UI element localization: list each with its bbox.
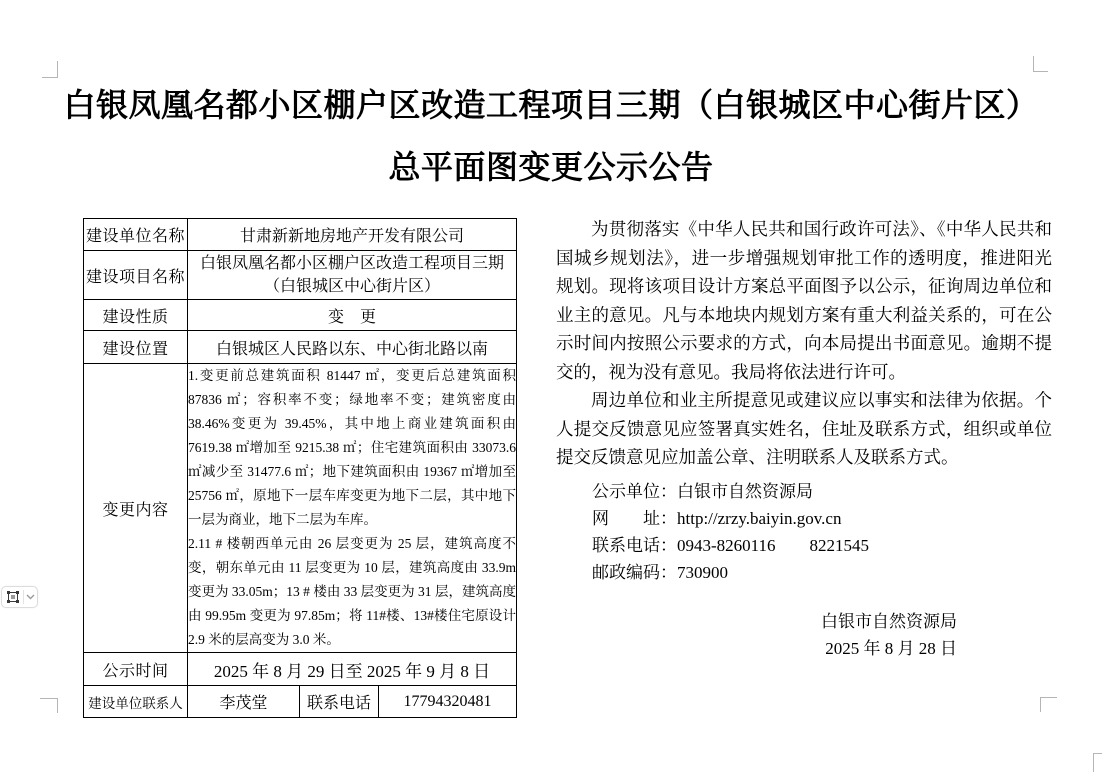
floating-element-select-button[interactable] [1, 586, 38, 608]
contact-value: 白银市自然资源局 [677, 482, 813, 501]
row-value-unit-name: 甘肃新新地房地产开发有限公司 [188, 219, 517, 251]
text-boundary-mark-top-right [1033, 56, 1048, 72]
frame-select-icon[interactable] [2, 587, 23, 607]
change-content-item-2: 2.11 # 楼朝西单元由 26 层变更为 25 层，建筑高度不变，朝东单元由 … [188, 532, 516, 652]
row-label-location: 建设位置 [84, 331, 188, 364]
row-value-project-name: 白银凤凰名都小区棚户区改造工程项目三期（白银城区中心街片区） [188, 251, 517, 300]
row-label-change-content: 变更内容 [84, 364, 188, 653]
signature-organization: 白银市自然资源局 [556, 608, 957, 635]
contact-label: 网 址： [592, 509, 677, 528]
chevron-down-icon[interactable] [24, 587, 37, 607]
row-label-unit-name: 建设单位名称 [84, 219, 188, 251]
row-label-project-name: 建设项目名称 [84, 251, 188, 300]
contact-line-unit: 公示单位：白银市自然资源局 [592, 478, 1052, 505]
row-value-nature: 变 更 [188, 300, 517, 331]
row-label-nature: 建设性质 [84, 300, 188, 331]
table-row: 建设单位联系人 李茂堂 联系电话 17794320481 [84, 686, 517, 718]
signature-date: 2025 年 8 月 28 日 [556, 635, 957, 662]
table-row: 公示时间 2025 年 8 月 29 日至 2025 年 9 月 8 日 [84, 653, 517, 686]
contact-block: 公示单位：白银市自然资源局 网 址：http://zrzy.baiyin.gov… [592, 478, 1052, 586]
contact-person-name: 李茂堂 [188, 686, 300, 718]
contact-value: 730900 [677, 563, 728, 582]
contact-label: 联系电话： [592, 536, 677, 555]
contact-value: 0943-8260116 8221545 [677, 536, 869, 555]
table-row: 建设性质 变 更 [84, 300, 517, 331]
contact-line-postcode: 邮政编码：730900 [592, 559, 1052, 586]
project-info-table: 建设单位名称 甘肃新新地房地产开发有限公司 建设项目名称 白银凤凰名都小区棚户区… [83, 218, 517, 718]
contact-phone-number: 17794320481 [379, 686, 517, 718]
table-row: 变更内容 1.变更前总建筑面积 81447 ㎡，变更后总建筑面积 87836 ㎡… [84, 364, 517, 653]
contact-line-website: 网 址：http://zrzy.baiyin.gov.cn [592, 505, 1052, 532]
document-title-line1: 白银凤凰名都小区棚户区改造工程项目三期（白银城区中心街片区） [50, 74, 1052, 136]
signature-block: 白银市自然资源局 2025 年 8 月 28 日 [556, 608, 1052, 662]
table-row: 建设单位名称 甘肃新新地房地产开发有限公司 [84, 219, 517, 251]
notice-paragraph-1: 为贯彻落实《中华人民共和国行政许可法》、《中华人民共和国城乡规划法》，进一步增强… [556, 215, 1052, 386]
contact-line-phone: 联系电话：0943-8260116 8221545 [592, 532, 1052, 559]
row-label-contact-person: 建设单位联系人 [84, 686, 188, 718]
row-value-change-content: 1.变更前总建筑面积 81447 ㎡，变更后总建筑面积 87836 ㎡；容积率不… [188, 364, 517, 653]
row-value-location: 白银城区人民路以东、中心街北路以南 [188, 331, 517, 364]
page-corner-mark [1093, 753, 1102, 772]
contact-phone-label: 联系电话 [300, 686, 379, 718]
notice-paragraph-2: 周边单位和业主所提意见或建议应以事实和法律为依据。个人提交反馈意见应签署真实姓名… [556, 386, 1052, 472]
text-boundary-mark-bottom-right [1040, 697, 1057, 712]
row-label-publicity-period: 公示时间 [84, 653, 188, 686]
row-value-publicity-period: 2025 年 8 月 29 日至 2025 年 9 月 8 日 [188, 653, 517, 686]
document-page: { "title": { "line1": "白银凤凰名都小区棚户区改造工程项目… [0, 0, 1102, 772]
contact-label: 邮政编码： [592, 563, 677, 582]
change-content-item-1: 1.变更前总建筑面积 81447 ㎡，变更后总建筑面积 87836 ㎡；容积率不… [188, 364, 516, 532]
document-title-line2: 总平面图变更公示公告 [50, 136, 1052, 198]
text-boundary-mark-bottom-left [40, 698, 58, 713]
document-title: 白银凤凰名都小区棚户区改造工程项目三期（白银城区中心街片区） 总平面图变更公示公… [50, 74, 1052, 198]
table-row: 建设位置 白银城区人民路以东、中心街北路以南 [84, 331, 517, 364]
table-row: 建设项目名称 白银凤凰名都小区棚户区改造工程项目三期（白银城区中心街片区） [84, 251, 517, 300]
contact-label: 公示单位： [592, 482, 677, 501]
notice-text-column: 为贯彻落实《中华人民共和国行政许可法》、《中华人民共和国城乡规划法》，进一步增强… [556, 215, 1052, 662]
contact-value-url: http://zrzy.baiyin.gov.cn [677, 509, 841, 528]
